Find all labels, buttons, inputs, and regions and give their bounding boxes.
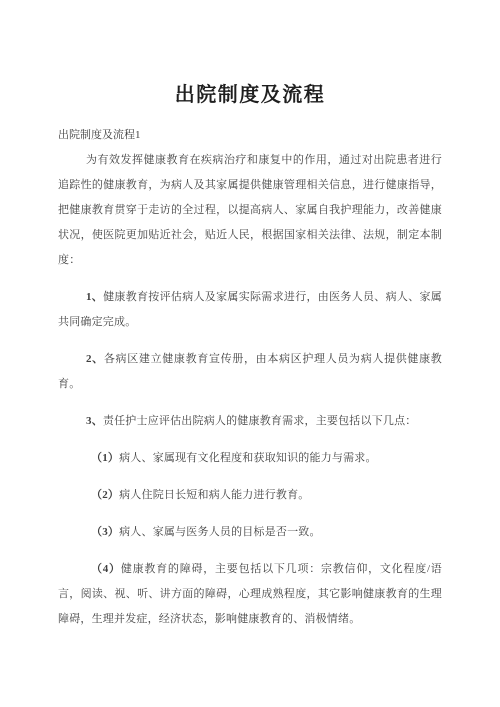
paragraph-marker: （1） xyxy=(91,452,119,464)
paragraph-marker: （4） xyxy=(91,563,121,575)
paragraph-subitem-2: （2）病人住院日长短和病人能力进行教育。 xyxy=(58,483,442,508)
paragraph-text: 病人、家属与医务人员的目标是否一致。 xyxy=(119,526,321,538)
paragraph-intro: 为有效发挥健康教育在疾病治疗和康复中的作用，通过对出院患者进行追踪性的健康教育，… xyxy=(58,148,442,273)
paragraph-item-1: 1、健康教育按评估病人及家属实际需求进行，由医务人员、病人、家属共同确定完成。 xyxy=(58,285,442,335)
paragraph-text: 各病区建立健康教育宣传册，由本病区护理人员为病人提供健康教育。 xyxy=(58,353,442,390)
document-page: 出院制度及流程 出院制度及流程1 为有效发挥健康教育在疾病治疗和康复中的作用，通… xyxy=(0,0,500,707)
paragraph-item-2: 2、各病区建立健康教育宣传册，由本病区护理人员为病人提供健康教育。 xyxy=(58,347,442,397)
paragraph-text: 责任护士应评估出院病人的健康教育需求，主要包括以下几点： xyxy=(103,415,417,427)
document-title: 出院制度及流程 xyxy=(58,80,442,110)
paragraph-text: 为有效发挥健康教育在疾病治疗和康复中的作用，通过对出院患者进行追踪性的健康教育，… xyxy=(58,154,442,266)
paragraph-marker: 3、 xyxy=(86,415,103,427)
paragraph-marker: 1、 xyxy=(86,291,103,303)
paragraph-subitem-3: （3）病人、家属与医务人员的目标是否一致。 xyxy=(58,520,442,545)
paragraph-text: 病人住院日长短和病人能力进行教育。 xyxy=(119,489,309,501)
paragraph-item-3: 3、责任护士应评估出院病人的健康教育需求，主要包括以下几点： xyxy=(58,409,442,434)
document-subtitle: 出院制度及流程1 xyxy=(58,123,442,148)
paragraph-marker: （3） xyxy=(91,526,119,538)
paragraph-marker: 2、 xyxy=(86,353,104,365)
paragraph-subitem-4: （4）健康教育的障碍，主要包括以下几项：宗教信仰，文化程度/语言，阅读、视、听、… xyxy=(58,557,442,632)
paragraph-marker: （2） xyxy=(91,489,119,501)
paragraph-text: 健康教育按评估病人及家属实际需求进行，由医务人员、病人、家属共同确定完成。 xyxy=(58,291,442,328)
paragraph-subitem-1: （1）病人、家属现有文化程度和获取知识的能力与需求。 xyxy=(58,446,442,471)
paragraph-text: 病人、家属现有文化程度和获取知识的能力与需求。 xyxy=(119,452,377,464)
